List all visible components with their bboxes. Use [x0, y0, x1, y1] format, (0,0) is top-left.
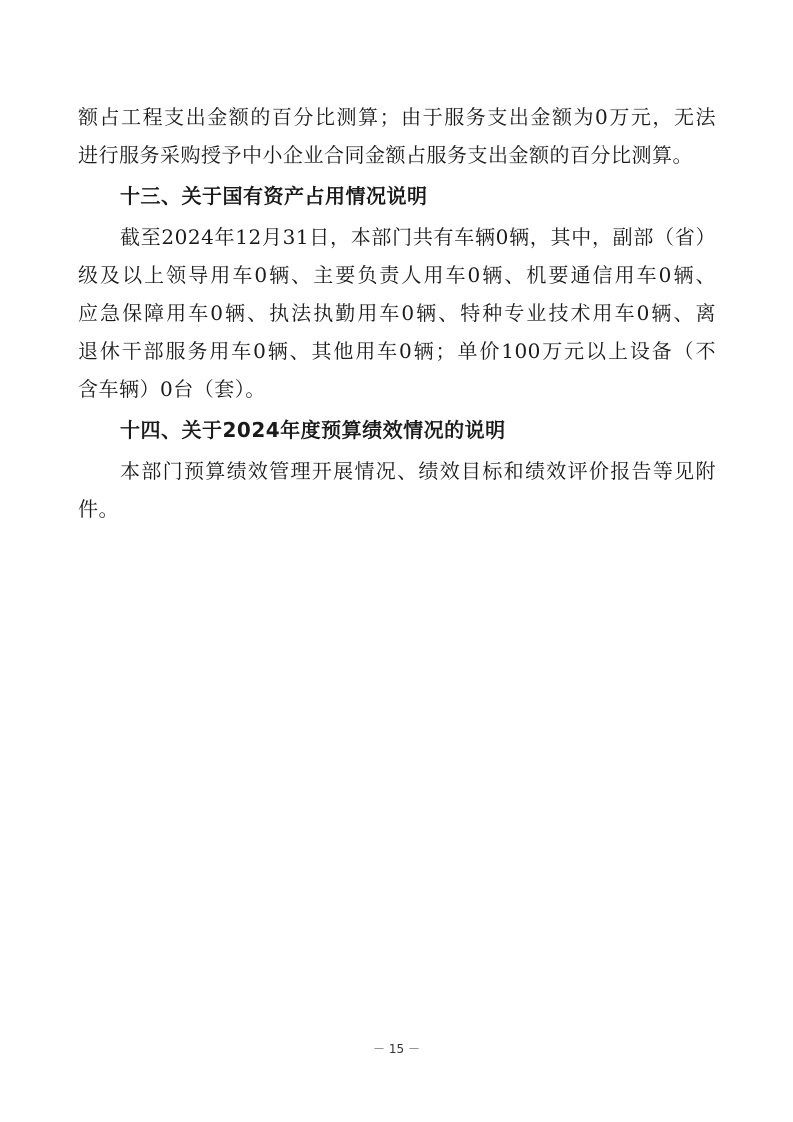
paragraph-line: 本部门预算绩效管理开展情况、绩效目标和绩效评价报告等见附 — [78, 452, 716, 490]
section-heading-13: 十三、关于国有资产占用情况说明 — [78, 174, 716, 218]
paragraph-line: 额占工程支出金额的百分比测算；由于服务支出金额为0万元，无法 — [78, 98, 716, 136]
section-heading-14: 十四、关于2024年度预算绩效情况的说明 — [78, 408, 716, 452]
page-number: － 15 － — [0, 1040, 793, 1057]
paragraph-line: 级及以上领导用车0辆、主要负责人用车0辆、机要通信用车0辆、 — [78, 256, 716, 294]
paragraph-line: 应急保障用车0辆、执法执勤用车0辆、特种专业技术用车0辆、离 — [78, 294, 716, 332]
paragraph-line: 进行服务采购授予中小企业合同金额占服务支出金额的百分比测算。 — [78, 136, 716, 174]
paragraph-line: 含车辆）0台（套）。 — [78, 370, 716, 408]
document-page: 额占工程支出金额的百分比测算；由于服务支出金额为0万元，无法 进行服务采购授予中… — [78, 98, 716, 528]
paragraph-line: 截至2024年12月31日，本部门共有车辆0辆，其中，副部（省） — [78, 218, 716, 256]
paragraph-line: 退休干部服务用车0辆、其他用车0辆；单价100万元以上设备（不 — [78, 332, 716, 370]
paragraph-line: 件。 — [78, 490, 716, 528]
